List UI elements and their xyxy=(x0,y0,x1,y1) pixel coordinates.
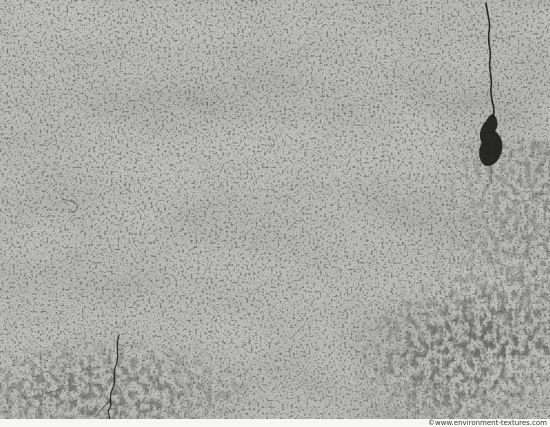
bottom-left-dark-patch xyxy=(0,325,270,419)
watermark-text: ©www.environment-textures.com xyxy=(428,419,550,427)
concrete-texture-image xyxy=(0,0,550,419)
texture-photo: ©www.environment-textures.com xyxy=(0,0,550,427)
right-edge-dark-streaks xyxy=(430,140,550,355)
watermark-strip: ©www.environment-textures.com xyxy=(0,419,550,427)
